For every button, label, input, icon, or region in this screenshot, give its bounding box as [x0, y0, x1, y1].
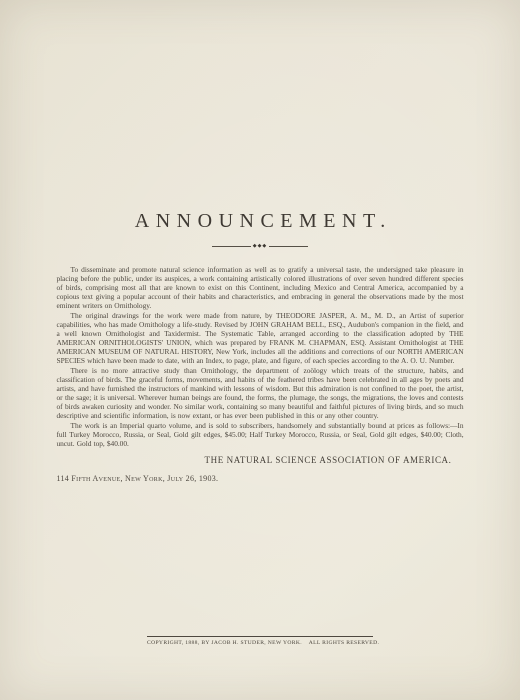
paragraph-artists: The original drawings for the work were …	[57, 311, 464, 365]
address-dateline: 114 Fifth Avenue, New York, July 26, 190…	[57, 474, 464, 483]
title-divider: ◆◆◆	[212, 244, 308, 249]
copyright-notice: Copyright, 1888, by Jacob H. Studer, New…	[147, 636, 373, 647]
paragraph-ornithology: There is no more attractive study than O…	[57, 366, 464, 420]
publisher-signature: THE NATURAL SCIENCE ASSOCIATION OF AMERI…	[57, 455, 464, 465]
divider-rule-left	[212, 246, 251, 247]
divider-ornament-icon: ◆◆◆	[251, 244, 270, 249]
divider-rule-right	[269, 246, 308, 247]
announcement-body: To disseminate and promote natural scien…	[57, 265, 464, 448]
page-title: ANNOUNCEMENT.	[0, 0, 520, 233]
scanned-page: ANNOUNCEMENT. ◆◆◆ To disseminate and pro…	[0, 0, 520, 700]
paragraph-intro: To disseminate and promote natural scien…	[57, 265, 464, 310]
paragraph-pricing: The work is an Imperial quarto volume, a…	[57, 421, 464, 448]
